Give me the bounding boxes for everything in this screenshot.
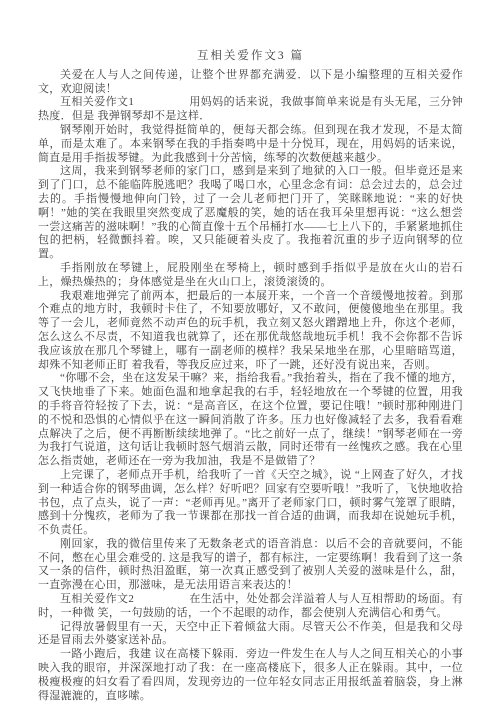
- paragraph: 一路小跑后，我建 议在高楼下躲雨．旁边一件发生在人与人之间互相关心的小事映入我的…: [38, 648, 463, 703]
- document-title: 互相关爱作文3 篇: [38, 50, 463, 64]
- paragraph: 记得放暑假里有一天，天空中正下着倾盆大雨。尽管天公不作美，但是我和父母还是冒雨去…: [38, 621, 463, 649]
- paragraph: 我艰难地弹完了前两本，把最后的一本展开来，一个音一个音缓慢地按着。到那个难点的地…: [38, 290, 463, 373]
- paragraph: 刚回家，我的微信里传来了无数条老式的语音消息：以后不会的音就要问，不能不问，憋在…: [38, 538, 463, 593]
- essay-2-lead-paragraph: 互相关爱作文2在生活中，处处都会洋溢着人与人互相帮助的场面。有时，一种微 笑，一…: [38, 593, 463, 621]
- essay-1-heading: 互相关爱作文1: [60, 96, 134, 108]
- essay-2-heading: 互相关爱作文2: [60, 593, 134, 605]
- essay-1-lead-paragraph: 互相关爱作文1用妈妈的话来说，我做事简单来说是有头无尾，三分钟热度．但是 我弹钢…: [38, 96, 463, 124]
- intro-paragraph: 关爱在人与人之间传递，让整个世界都充满爱．以下是小编整理的互相关爱作文，欢迎阅读…: [38, 69, 463, 97]
- paragraph: “你哪不会，坐在这发呆干嘛？来，指给我看。”我抬着头，指在了我不懂的地方，又飞快…: [38, 372, 463, 469]
- paragraph: 这周，我来到钢琴老师的家门口，感到是来到了地狱的入口一般。但毕竟还是来到了门口，…: [38, 165, 463, 262]
- document-page: 互相关爱作文3 篇 关爱在人与人之间传递，让整个世界都充满爱．以下是小编整理的互…: [0, 0, 500, 707]
- paragraph: 钢琴刚开始时，我觉得挺简单的，便每天都会练。但到现在我才发现，不是太简单，而是太…: [38, 124, 463, 165]
- paragraph: 手指刚放在琴键上，屁股刚坐在琴椅上，顿时感到手指似乎是放在火山的岩石上，燥热燥热…: [38, 262, 463, 290]
- paragraph: 上完课了，老师点开手机，给我听了一首《天空之城》，说 “上网查了好久，才找到一种…: [38, 469, 463, 538]
